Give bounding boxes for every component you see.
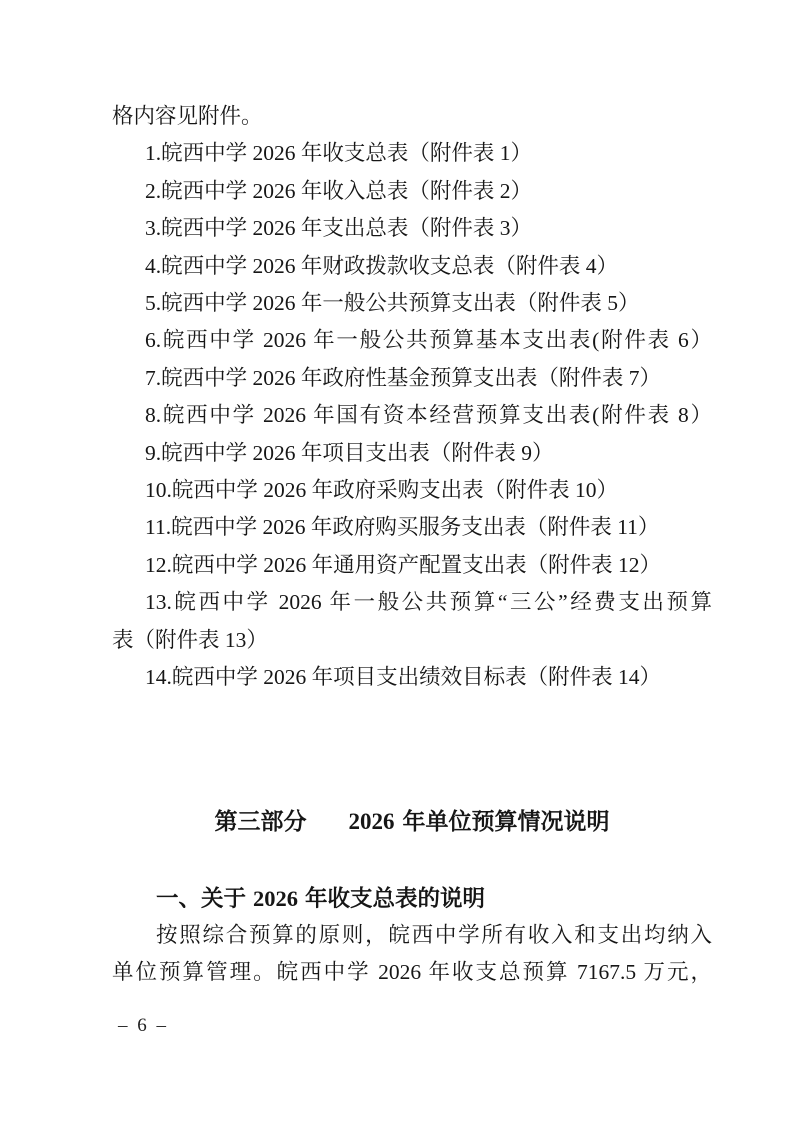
attachment-line: 表（附件表 13） <box>112 622 712 659</box>
attachment-line: 11.皖西中学 2026 年政府购买服务支出表（附件表 11） <box>112 509 712 546</box>
intro-line: 格内容见附件。 <box>112 98 712 135</box>
section-heading-suffix: 年单位预算情况说明 <box>403 808 610 834</box>
attachment-line: 14.皖西中学 2026 年项目支出绩效目标表（附件表 14） <box>112 659 712 696</box>
attachment-line: 10.皖西中学 2026 年政府采购支出表（附件表 10） <box>112 472 712 509</box>
paragraph-line: 按照综合预算的原则，皖西中学所有收入和支出均纳入 <box>112 917 712 954</box>
attachment-line: 5.皖西中学 2026 年一般公共预算支出表（附件表 5） <box>112 285 712 322</box>
section-heading-year: 2026 <box>349 809 395 834</box>
attachment-line: 2.皖西中学 2026 年收入总表（附件表 2） <box>112 173 712 210</box>
subsection-heading: 一、关于2026年收支总表的说明 <box>112 880 712 917</box>
attachment-line: 1.皖西中学 2026 年收支总表（附件表 1） <box>112 135 712 172</box>
paragraph-line: 单位预算管理。皖西中学 2026 年收支总预算 7167.5 万元， <box>112 954 712 991</box>
attachment-line: 9.皖西中学 2026 年项目支出表（附件表 9） <box>112 435 712 472</box>
attachment-line: 8.皖西中学 2026 年国有资本经营预算支出表(附件表 8） <box>112 397 712 434</box>
attachment-line: 4.皖西中学 2026 年财政拨款收支总表（附件表 4） <box>112 248 712 285</box>
section-heading-prefix: 第三部分 <box>215 808 307 834</box>
attachment-line: 6.皖西中学 2026 年一般公共预算基本支出表(附件表 6） <box>112 322 712 359</box>
subsection-heading-year: 2026 <box>253 886 298 911</box>
section-heading: 第三部分2026年单位预算情况说明 <box>112 801 712 842</box>
attachment-line: 7.皖西中学 2026 年政府性基金预算支出表（附件表 7） <box>112 360 712 397</box>
subsection-heading-suffix: 年收支总表的说明 <box>305 886 485 911</box>
body-paragraph: 按照综合预算的原则，皖西中学所有收入和支出均纳入单位预算管理。皖西中学 2026… <box>112 917 712 992</box>
attachment-list: 1.皖西中学 2026 年收支总表（附件表 1）2.皖西中学 2026 年收入总… <box>112 135 712 696</box>
attachment-line: 12.皖西中学 2026 年通用资产配置支出表（附件表 12） <box>112 547 712 584</box>
attachment-line: 3.皖西中学 2026 年支出总表（附件表 3） <box>112 210 712 247</box>
attachment-line: 13.皖西中学 2026 年一般公共预算“三公”经费支出预算 <box>112 584 712 621</box>
subsection-heading-prefix: 一、关于 <box>156 886 246 911</box>
document-page: 格内容见附件。 1.皖西中学 2026 年收支总表（附件表 1）2.皖西中学 2… <box>0 0 793 1122</box>
page-number: – 6 – <box>118 1012 166 1040</box>
